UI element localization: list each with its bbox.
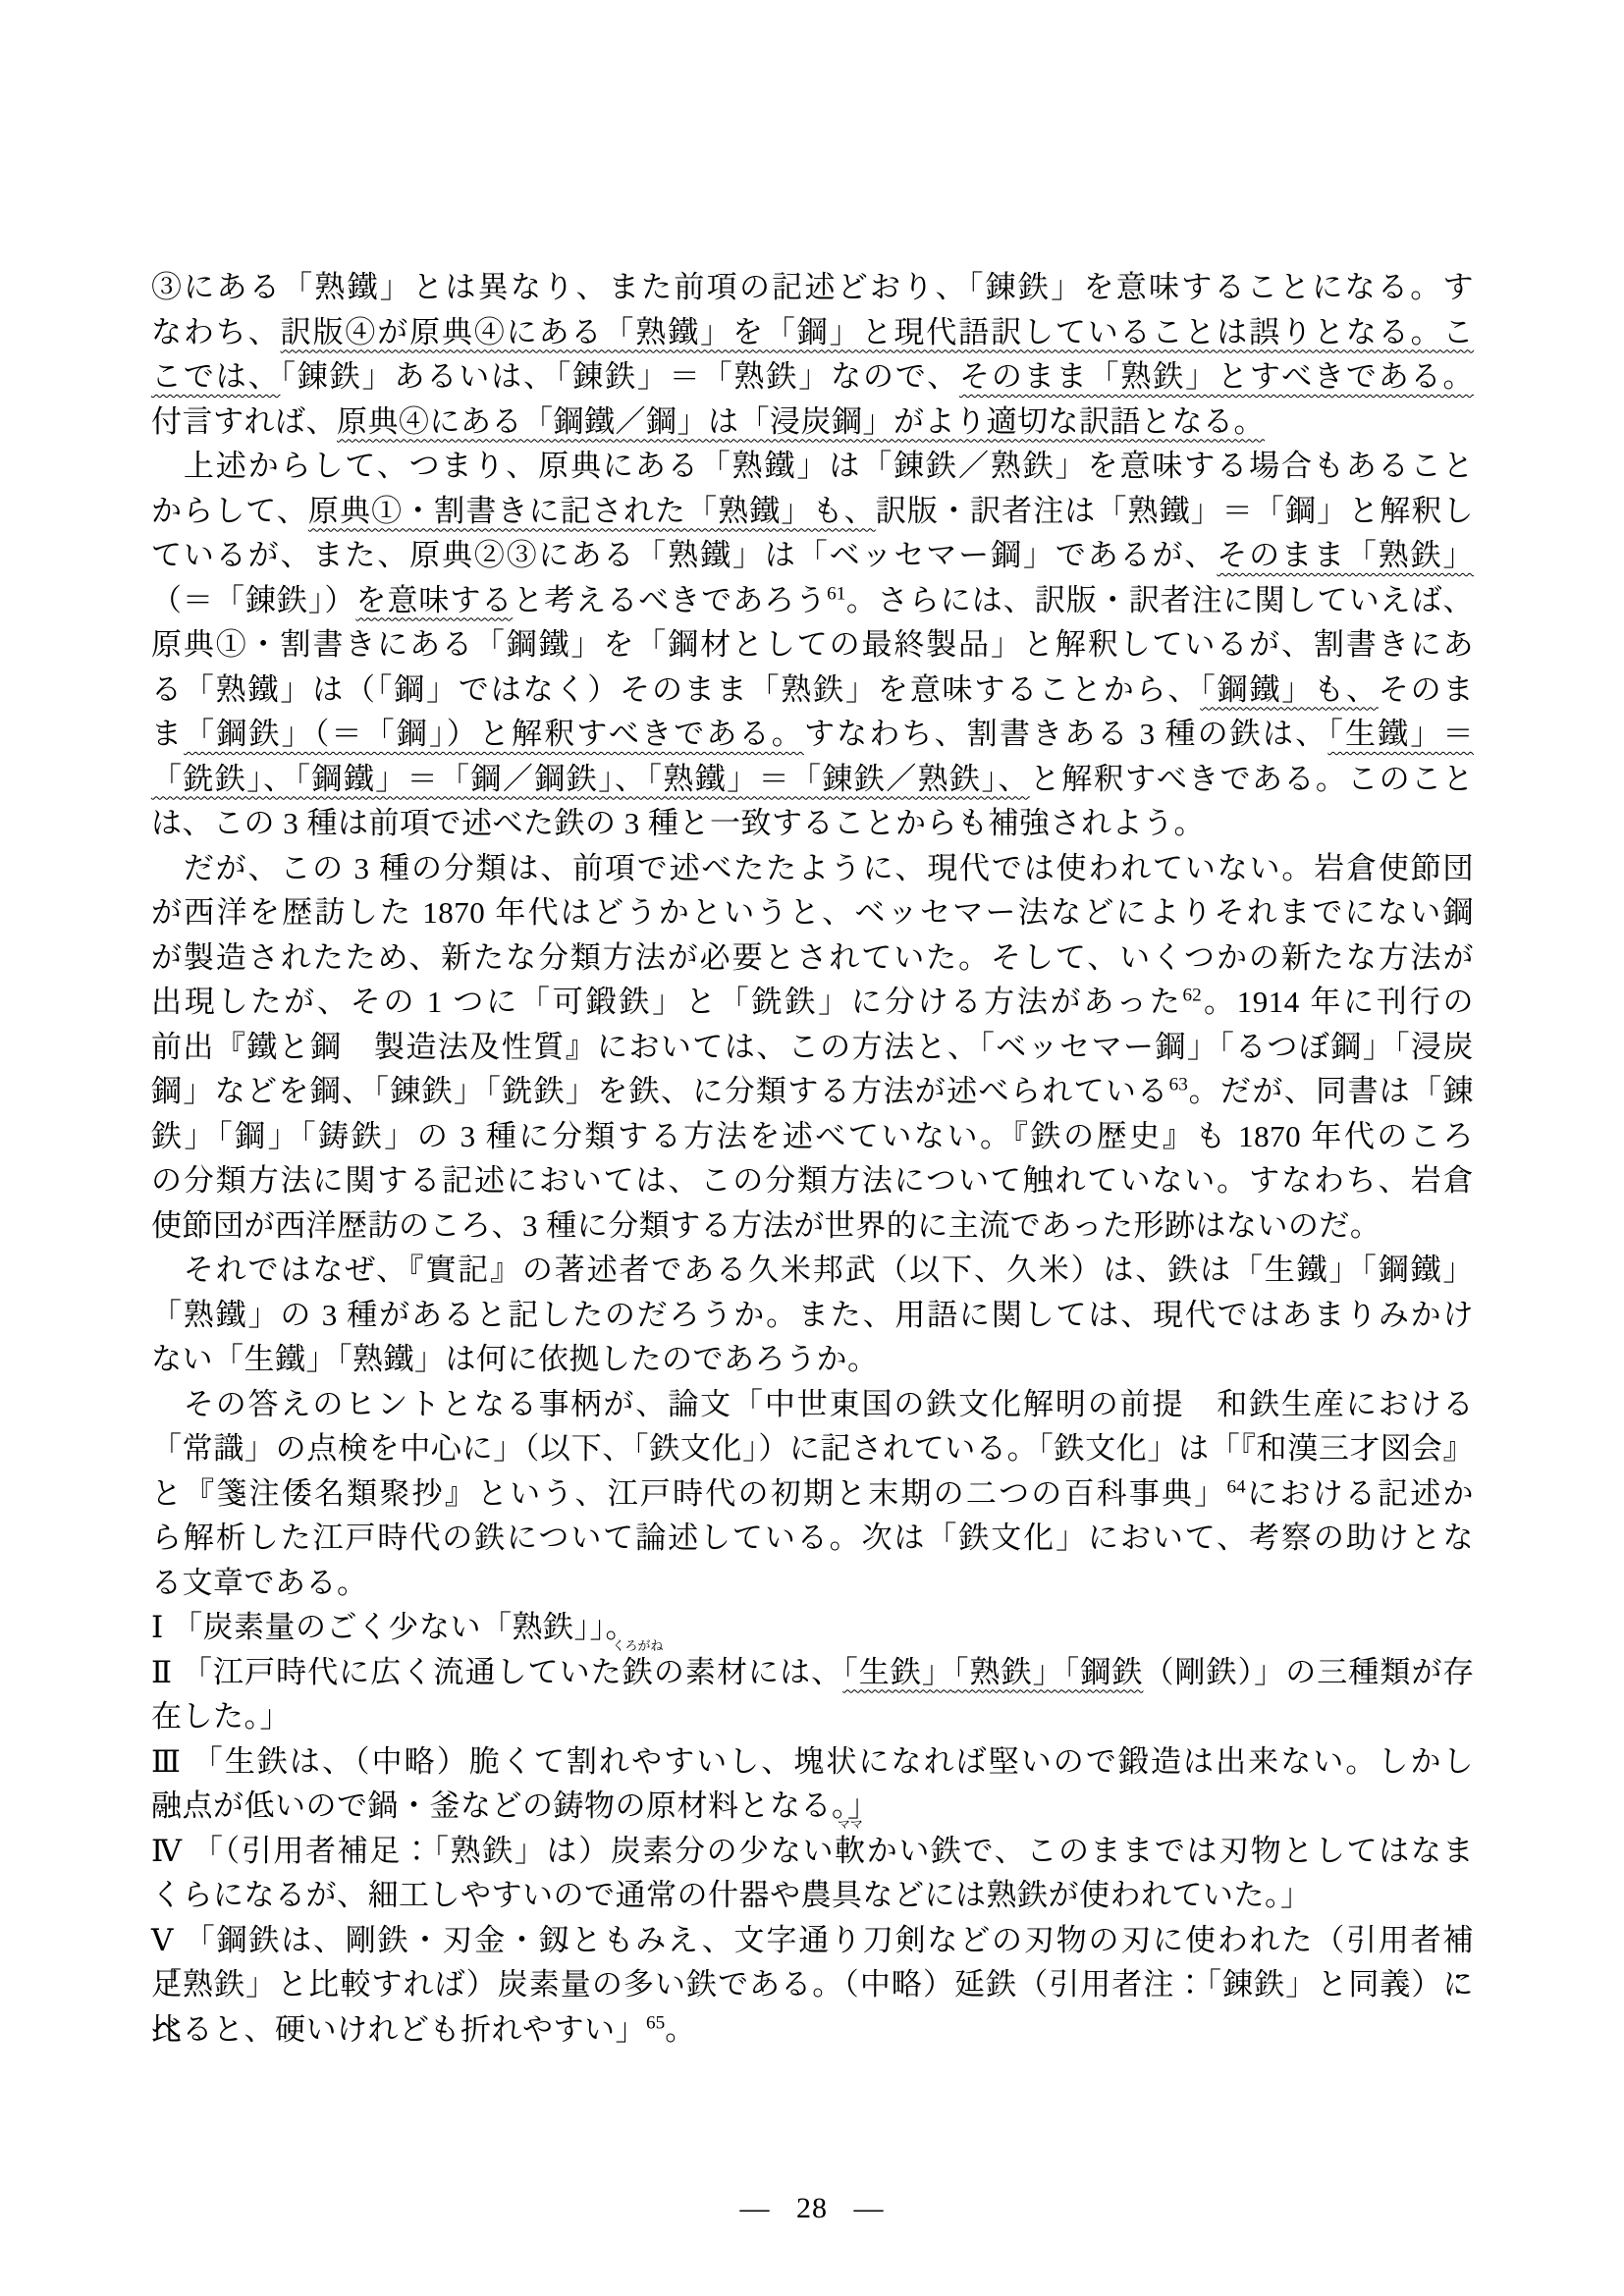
text-run: る文章である。: [151, 1566, 368, 1600]
text-line: 使節団が西洋歴訪のころ、3 種に分類する方法が世界的に主流であった形跡はないのだ…: [151, 1203, 1474, 1249]
text-run: だが、この 3 種の分類は、前項で述べたたように、現代では使われていない。岩倉使…: [151, 851, 1474, 885]
text-line: 出現したが、その 1 つに「可鍛鉄」と「銑鉄」に分ける方法があった62。1914…: [151, 980, 1474, 1025]
text-line: Ⅲ 「生鉄は、（中略）脆くて割れやすいし、塊状になれば堅いので鍛造は出来ない。し…: [151, 1739, 1474, 1785]
wavy-underlined-text: 原典④にある「鋼鐵／鋼」は「浸炭鋼」がより適切な訳語となる。: [337, 404, 1265, 439]
text-run: が西洋を歴訪した 1870 年代はどうかというと、ベッセマー法などによりそれまで…: [151, 895, 1474, 930]
text-line: なわち、訳版④が原典④にある「熟鐵」を「鋼」と現代語訳していることは誤りとなる。…: [151, 310, 1474, 355]
text-line: る文章である。: [151, 1561, 1474, 1606]
wavy-underlined-text: 「鋼鐵」も、: [1200, 672, 1379, 707]
text-run: ま: [151, 717, 184, 751]
text-run: （剛鉄）」の三種類が存: [1143, 1655, 1474, 1689]
ruby-annotation: くろがね: [613, 1639, 664, 1652]
text-line: は、この 3 種は前項で述べた鉄の 3 種と一致することからも補強されよう。: [151, 801, 1474, 846]
footnote-reference: 63: [1169, 1075, 1188, 1095]
text-line: からして、原典①・割書きに記された「熟鐵」も、訳版・訳者注は「熟鐵」＝「鋼」と解…: [151, 489, 1474, 534]
text-run: 「熟鐵」の 3 種があると記したのだろうか。また、用語に関しては、現代ではあまり…: [151, 1298, 1474, 1332]
document-lines: ③にある「熟鐵」とは異なり、また前項の記述どおり、「錬鉄」を意味することになる。…: [151, 265, 1474, 2052]
text-run: る「熟鐵」は（「鋼」ではなく）そのまま「熟鉄」を意味することから、: [151, 672, 1200, 707]
text-run: なわち、: [151, 315, 281, 349]
text-line: 「銑鉄」、「鋼鐵」＝「鋼／鋼鉄」、「熟鐵」＝「錬鉄／熟鉄」、と解釈すべきである。…: [151, 757, 1474, 802]
text-run: くらになるが、細工しやすいので通常の什器や農具などには熟鉄が使われていた。」: [151, 1878, 1312, 1912]
text-run: 使節団が西洋歴訪のころ、3 種に分類する方法が世界的に主流であった形跡はないのだ…: [151, 1208, 1380, 1243]
text-line: くらになるが、細工しやすいので通常の什器や農具などには熟鉄が使われていた。」: [151, 1873, 1474, 1918]
text-run: 原典①・割書きにある「鋼鐵」を「鋼材としての最終製品」と解釈しているが、割書きに…: [151, 627, 1474, 662]
text-run: 鋼」などを鋼、「錬鉄」「銑鉄」を鉄、に分類する方法が述べられている: [151, 1074, 1169, 1108]
text-run: 。: [665, 2012, 696, 2047]
text-line: の分類方法に関する記述においては、この分類方法について触れていない。すなわち、岩…: [151, 1158, 1474, 1203]
text-line: 付言すれば、原典④にある「鋼鐵／鋼」は「浸炭鋼」がより適切な訳語となる。: [151, 400, 1474, 445]
text-run: 付言すれば、: [151, 404, 337, 439]
text-line: その答えのヒントとなる事柄が、論文「中世東国の鉄文化解明の前提 和鉄生産における: [151, 1382, 1474, 1427]
text-line: る「熟鐵」は（「鋼」ではなく）そのまま「熟鉄」を意味することから、「鋼鐵」も、そ…: [151, 667, 1474, 713]
text-run: 前出『鐵と鋼 製造法及性質』においては、この方法と、「ベッセマー鋼」「るつぼ鋼」…: [151, 1030, 1474, 1064]
text-line: Ⅳ 「（引用者補足：「熟鉄」は）炭素分の少ない軟ママかい鉄で、このままでは刃物と…: [151, 1829, 1474, 1874]
text-line: ま「鋼鉄」（＝「鋼」）と解釈すべきである。すなわち、割書きある 3 種の鉄は、「…: [151, 712, 1474, 757]
text-line: 上述からして、つまり、原典にある「熟鐵」は「錬鉄／熟鉄」を意味する場合もあること: [151, 444, 1474, 489]
wavy-underlined-text: 「鋼鉄」（＝「鋼」）と解釈すべきである。: [184, 717, 804, 751]
text-run: ない「生鐵」「熟鐵」は何に依拠したのであろうか。: [151, 1342, 879, 1376]
text-line: Ⅴ 「鋼鉄は、剛鉄・刃金・釼ともみえ、文字通り刀剣などの刃物の刃に使われた（引用…: [151, 1918, 1474, 1963]
wavy-underlined-text: 「熟鉄」: [953, 1655, 1064, 1689]
text-line: 「熟鉄」と比較すれば）炭素量の多い鉄である。（中略）延鉄（引用者注：「錬鉄」と同…: [151, 1962, 1474, 2007]
text-run: ているが、また、原典②③にある「熟鐵」は「ベッセマー鋼」であるが、: [151, 538, 1217, 572]
text-run: ら解析した江戸時代の鉄について論述している。次は「鉄文化」において、考察の助けと…: [151, 1521, 1474, 1555]
wavy-underlined-text: そのまま「熟鉄」: [1217, 538, 1474, 572]
wavy-underlined-text: を意味する: [355, 583, 513, 617]
text-run: 。さらには、訳版・訳者注に関していえば、: [845, 583, 1474, 617]
text-run: 在した。」: [151, 1699, 291, 1734]
footnote-reference: 62: [1183, 986, 1202, 1006]
text-run: かい鉄で、このままでは刃物としてはなま: [866, 1834, 1474, 1868]
footnote-reference: 65: [646, 2012, 665, 2033]
text-line: ない「生鐵」「熟鐵」は何に依拠したのであろうか。: [151, 1337, 1474, 1382]
text-run: べると、硬いけれども折れやすい」: [151, 2012, 646, 2047]
text-line: 在した。」: [151, 1694, 1474, 1739]
text-run: 。だが、同書は「錬: [1188, 1074, 1474, 1108]
footnote-reference: 64: [1226, 1476, 1245, 1497]
text-line: 前出『鐵と鋼 製造法及性質』においては、この方法と、「ベッセマー鋼」「るつぼ鋼」…: [151, 1025, 1474, 1070]
text-run: その答えのヒントとなる事柄が、論文「中世東国の鉄文化解明の前提 和鉄生産における: [151, 1387, 1474, 1421]
text-line: こでは、「錬鉄」あるいは、「錬鉄」＝「熟鉄」なので、そのまま「熟鉄」とすべきであ…: [151, 354, 1474, 400]
text-line: ら解析した江戸時代の鉄について論述している。次は「鉄文化」において、考察の助けと…: [151, 1516, 1474, 1561]
text-line: それではなぜ、『實記』の著述者である久米邦武（以下、久米）は、鉄は「生鐵」「鋼鐵…: [151, 1248, 1474, 1293]
text-line: （＝「錬鉄」）を意味すると考えるべきであろう61。さらには、訳版・訳者注に関して…: [151, 578, 1474, 623]
document-body: ③にある「熟鐵」とは異なり、また前項の記述どおり、「錬鉄」を意味することになる。…: [151, 265, 1474, 2052]
ruby-annotated-text: 鉄くろがね: [623, 1650, 654, 1695]
text-line: 原典①・割書きにある「鋼鐵」を「鋼材としての最終製品」と解釈しているが、割書きに…: [151, 622, 1474, 667]
wavy-underlined-text: 原典①・割書きに記された「熟鐵」も、: [308, 494, 876, 528]
text-run: Ⅳ 「（引用者補足：「熟鉄」は）炭素分の少ない: [151, 1834, 835, 1868]
text-line: と『箋注倭名類聚抄』という、江戸時代の初期と末期の二つの百科事典」64における記…: [151, 1471, 1474, 1517]
text-run: と考えるべきであろう: [513, 583, 827, 617]
wavy-underlined-text: 「銑鉄」、「鋼鐵」＝「鋼／鋼鉄」、「熟鐵」＝「錬鉄／熟鉄」、: [151, 762, 1030, 796]
wavy-underlined-text: 「生鐵」＝: [1327, 717, 1474, 751]
page-number: — 28 —: [0, 2192, 1624, 2225]
footnote-reference: 61: [827, 583, 845, 604]
text-run: ③にある「熟鐵」とは異なり、また前項の記述どおり、「錬鉄」を意味することになる。…: [151, 270, 1474, 304]
text-run: が製造されたため、新たな分類方法が必要とされていた。そして、いくつかの新たな方法…: [151, 940, 1474, 975]
wavy-underlined-text: 「鋼鉄: [1064, 1655, 1144, 1689]
text-line: 「熟鐵」の 3 種があると記したのだろうか。また、用語に関しては、現代ではあまり…: [151, 1293, 1474, 1338]
text-line: Ⅱ 「江戸時代に広く流通していた鉄くろがねの素材には、「生鉄」「熟鉄」「鋼鉄（剛…: [151, 1650, 1474, 1695]
text-run: における記述か: [1246, 1476, 1474, 1511]
text-run: （＝「錬鉄」）: [151, 583, 355, 617]
text-run: からして、: [151, 494, 308, 528]
text-line: 鋼」などを鋼、「錬鉄」「銑鉄」を鉄、に分類する方法が述べられている63。だが、同…: [151, 1069, 1474, 1114]
document-page: ③にある「熟鐵」とは異なり、また前項の記述どおり、「錬鉄」を意味することになる。…: [0, 0, 1624, 2296]
text-run: 「錬鉄」あるいは、「錬鉄」＝「熟鉄」なので、: [280, 359, 959, 394]
text-run: の素材には、: [653, 1655, 842, 1689]
text-run: Ⅰ 「炭素量のごく少ない「熟鉄」」。: [151, 1610, 636, 1644]
text-run: Ⅲ 「生鉄は、（中略）脆くて割れやすいし、塊状になれば堅いので鍛造は出来ない。し…: [151, 1744, 1474, 1779]
text-run: は、この 3 種は前項で述べた鉄の 3 種と一致することからも補強されよう。: [151, 806, 1205, 840]
text-line: 鉄」「鋼」「鋳鉄」の 3 種に分類する方法を述べていない。『鉄の歴史』も 187…: [151, 1114, 1474, 1159]
text-run: 出現したが、その 1 つに「可鍛鉄」と「銑鉄」に分ける方法があった: [151, 985, 1183, 1019]
text-run: 鉄」「鋼」「鋳鉄」の 3 種に分類する方法を述べていない。『鉄の歴史』も 187…: [151, 1119, 1474, 1153]
text-line: 融点が低いので鍋・釜などの鋳物の原材料となる。」: [151, 1784, 1474, 1829]
text-run: と『箋注倭名類聚抄』という、江戸時代の初期と末期の二つの百科事典」: [151, 1476, 1226, 1511]
ruby-annotated-text: 軟ママ: [835, 1829, 866, 1874]
text-run: 訳版・訳者注は「熟鐵」＝「鋼」と解釈し: [876, 494, 1474, 528]
text-run: 「常識」の点検を中心に」（以下、「鉄文化」）に記されている。「鉄文化」は「『和漢…: [151, 1431, 1474, 1466]
text-run: の分類方法に関する記述においては、この分類方法について触れていない。すなわち、岩…: [151, 1163, 1474, 1198]
text-line: だが、この 3 種の分類は、前項で述べたたように、現代では使われていない。岩倉使…: [151, 846, 1474, 891]
ruby-annotation: ママ: [838, 1818, 863, 1831]
text-line: 「常識」の点検を中心に」（以下、「鉄文化」）に記されている。「鉄文化」は「『和漢…: [151, 1426, 1474, 1471]
text-run: 上述からして、つまり、原典にある「熟鐵」は「錬鉄／熟鉄」を意味する場合もあること: [151, 449, 1474, 483]
text-line: べると、硬いけれども折れやすい」65。: [151, 2007, 1474, 2053]
text-run: Ⅱ 「江戸時代に広く流通していた: [151, 1655, 623, 1689]
text-run: 。1914 年に刊行の: [1202, 985, 1474, 1019]
text-line: Ⅰ 「炭素量のごく少ない「熟鉄」」。: [151, 1605, 1474, 1650]
wavy-underlined-text: こでは、: [151, 359, 280, 394]
text-line: が西洋を歴訪した 1870 年代はどうかというと、ベッセマー法などによりそれまで…: [151, 890, 1474, 935]
text-line: が製造されたため、新たな分類方法が必要とされていた。そして、いくつかの新たな方法…: [151, 935, 1474, 981]
wavy-underlined-text: 訳版④が原典④にある「熟鐵」を「鋼」と現代語訳していることは誤りとなる。こ: [281, 315, 1474, 349]
text-run: そのま: [1379, 672, 1474, 707]
text-run: すなわち、割書きある 3 種の鉄は、: [804, 717, 1327, 751]
wavy-underlined-text: そのまま「熟鉄」とすべきである。: [959, 359, 1474, 394]
text-run: それではなぜ、『實記』の著述者である久米邦武（以下、久米）は、鉄は「生鐵」「鋼鐵…: [151, 1253, 1474, 1287]
text-run: 融点が低いので鍋・釜などの鋳物の原材料となる。」: [151, 1789, 879, 1823]
text-line: ているが、また、原典②③にある「熟鐵」は「ベッセマー鋼」であるが、そのまま「熟鉄…: [151, 533, 1474, 578]
text-run: と解釈すべきである。このこと: [1030, 762, 1474, 796]
text-line: ③にある「熟鐵」とは異なり、また前項の記述どおり、「錬鉄」を意味することになる。…: [151, 265, 1474, 310]
wavy-underlined-text: 「生鉄」: [842, 1655, 953, 1689]
